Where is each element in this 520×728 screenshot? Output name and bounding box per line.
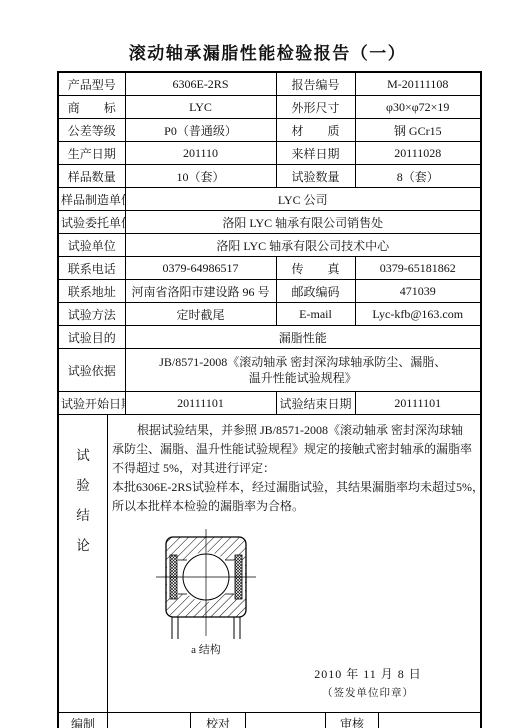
table-row: 联系电话 0379-64986517 传 真 0379-65181862 [59,257,480,280]
compiler-label: 编制 [59,713,108,728]
address-value: 河南省洛阳市建设路 96 号 [125,280,276,303]
proofreader-label: 校对 [191,713,246,728]
conclusion-line: 不得超过 5%，对其进行评定： [112,459,472,478]
conclusion-line: 根据试验结果，并参照 JB/8571-2008《滚动轴承 密封深沟球轴 [112,421,472,440]
table-row: 试验开始日期 20111101 试验结束日期 20111101 [59,392,480,415]
report-form: 产品型号 6306E-2RS 报告编号 M-20111108 商 标 LYC 外… [57,71,482,728]
conclusion-section: 试 验 结 论 根据试验结果，并参照 JB/8571-2008《滚动轴承 密封深… [59,415,480,713]
trademark-label: 商 标 [59,96,125,119]
tolerance-class-label: 公差等级 [59,119,125,142]
issue-date-block: 2010 年 11 月 8 日 （签发单位印章） [258,665,478,700]
conclusion-body: 根据试验结果，并参照 JB/8571-2008《滚动轴承 密封深沟球轴 承防尘、… [108,415,480,712]
table-row: 样品制造单位 LYC 公司 [59,188,480,211]
fax-value: 0379-65181862 [355,257,480,280]
test-start-date-value: 20111101 [125,392,276,415]
production-date-value: 201110 [125,142,276,165]
sampling-date-label: 来样日期 [276,142,355,165]
table-row: 公差等级 P0（普通级） 材 质 钢 GCr15 [59,119,480,142]
test-method-value: 定时截尾 [125,303,276,326]
test-qty-label: 试验数量 [276,165,355,188]
test-unit-value: 洛阳 LYC 轴承有限公司技术中心 [125,234,480,257]
postcode-label: 邮政编码 [276,280,355,303]
table-row: 生产日期 201110 来样日期 20111028 [59,142,480,165]
material-label: 材 质 [276,119,355,142]
product-model-value: 6306E-2RS [125,73,276,96]
table-row: 联系地址 河南省洛阳市建设路 96 号 邮政编码 471039 [59,280,480,303]
table-row: 商 标 LYC 外形尺寸 φ30×φ72×19 [59,96,480,119]
table-row: 产品型号 6306E-2RS 报告编号 M-20111108 [59,73,480,96]
conclusion-label-char: 论 [76,531,90,561]
address-label: 联系地址 [59,280,125,303]
test-end-date-value: 20111101 [355,392,480,415]
entrusting-unit-label: 试验委托单位 [59,211,125,234]
conclusion-line: 承防尘、漏脂、温升性能试验规程》规定的接触式密封轴承的漏脂率 [112,440,472,459]
table-row: 试验委托单位 洛阳 LYC 轴承有限公司销售处 [59,211,480,234]
manufacturer-label: 样品制造单位 [59,188,125,211]
bearing-cross-section-figure: a 结构 [154,529,258,663]
dimensions-value: φ30×φ72×19 [355,96,480,119]
conclusion-line: 本批6306E-2RS试验样本，经过漏脂试验，其结果漏脂率均未超过5%， [112,478,472,497]
manufacturer-value: LYC 公司 [125,188,480,211]
test-unit-label: 试验单位 [59,234,125,257]
test-qty-value: 8（套） [355,165,480,188]
table-row: 试验依据 JB/8571-2008《滚动轴承 密封深沟球轴承防尘、漏脂、 温升性… [59,349,480,392]
phone-value: 0379-64986517 [125,257,276,280]
report-table: 产品型号 6306E-2RS 报告编号 M-20111108 商 标 LYC 外… [59,73,480,415]
test-purpose-label: 试验目的 [59,326,125,349]
test-purpose-value: 漏脂性能 [125,326,480,349]
test-basis-value: JB/8571-2008《滚动轴承 密封深沟球轴承防尘、漏脂、 温升性能试验规程… [125,349,480,392]
conclusion-vertical-label: 试 验 结 论 [59,415,108,712]
entrusting-unit-value: 洛阳 LYC 轴承有限公司销售处 [125,211,480,234]
fax-label: 传 真 [276,257,355,280]
table-row: 试验单位 洛阳 LYC 轴承有限公司技术中心 [59,234,480,257]
conclusion-label-char: 验 [76,471,90,501]
test-start-date-label: 试验开始日期 [59,392,125,415]
email-value: Lyc-kfb@163.com [355,303,480,326]
table-row: 试验方法 定时截尾 E-mail Lyc-kfb@163.com [59,303,480,326]
trademark-value: LYC [125,96,276,119]
postcode-value: 471039 [355,280,480,303]
compiler-value-cell [108,713,191,728]
seal-note: （签发单位印章） [258,685,478,700]
conclusion-label-char: 结 [76,501,90,531]
sample-qty-value: 10（套） [125,165,276,188]
report-number-value: M-20111108 [355,73,480,96]
issue-date: 2010 年 11 月 8 日 [258,665,478,682]
production-date-label: 生产日期 [59,142,125,165]
figure-label: a 结构 [191,642,221,656]
product-model-label: 产品型号 [59,73,125,96]
conclusion-line: 所以本批样本检验的漏脂率为合格。 [112,497,472,516]
reviewer-label: 审核 [326,713,379,728]
sampling-date-value: 20111028 [355,142,480,165]
test-method-label: 试验方法 [59,303,125,326]
page-title: 滚动轴承漏脂性能检验报告（一） [57,39,478,64]
report-number-label: 报告编号 [276,73,355,96]
dimensions-label: 外形尺寸 [276,96,355,119]
table-row: 样品数量 10（套） 试验数量 8（套） [59,165,480,188]
test-basis-line-2: 温升性能试验规程》 [128,370,479,386]
tolerance-class-value: P0（普通级） [125,119,276,142]
email-label: E-mail [276,303,355,326]
sample-qty-label: 样品数量 [59,165,125,188]
signoff-row: 编制 校对 审核 [59,713,480,728]
table-row: 试验目的 漏脂性能 [59,326,480,349]
proofreader-value-cell [246,713,326,728]
phone-label: 联系电话 [59,257,125,280]
test-end-date-label: 试验结束日期 [276,392,355,415]
test-basis-line-1: JB/8571-2008《滚动轴承 密封深沟球轴承防尘、漏脂、 [128,354,479,370]
conclusion-label-char: 试 [76,441,90,471]
test-basis-label: 试验依据 [59,349,125,392]
material-value: 钢 GCr15 [355,119,480,142]
reviewer-value-cell [379,713,480,728]
